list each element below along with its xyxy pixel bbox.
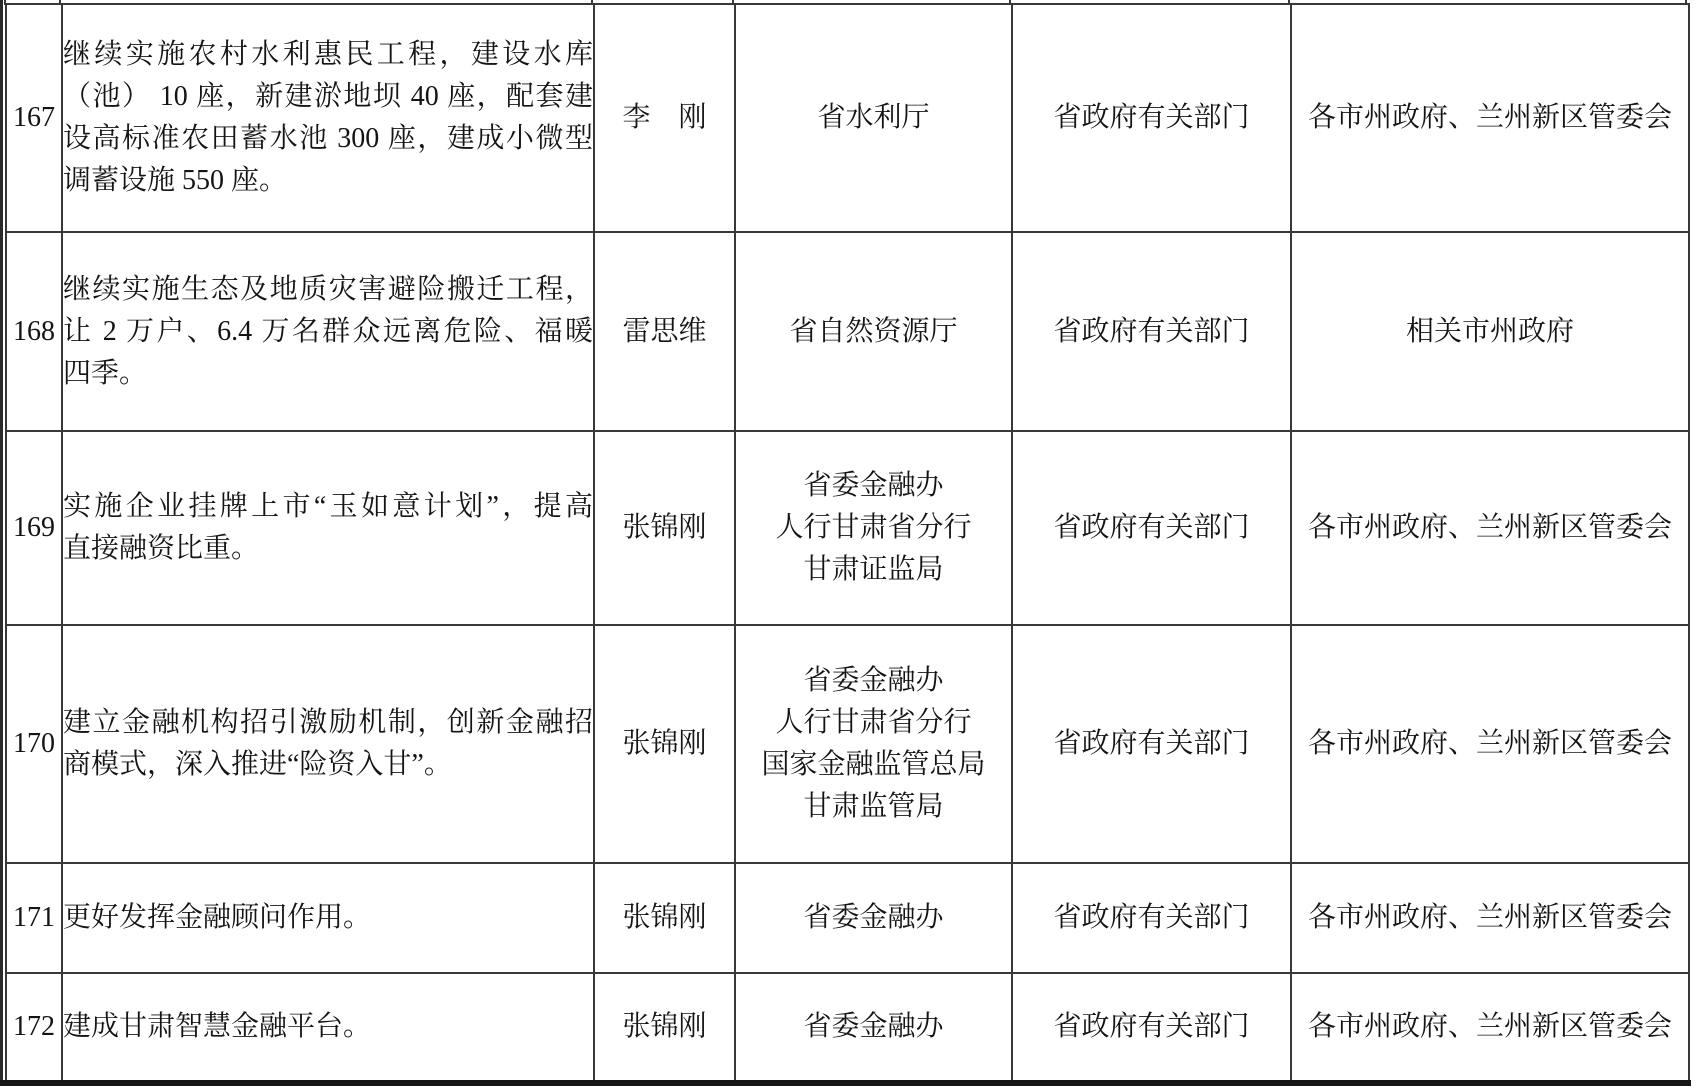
table-row: 171 更好发挥金融顾问作用。 张锦刚 省委金融办 省政府有关部门 各市州政府、…	[6, 863, 1689, 973]
task-line: 实施企业挂牌上市“玉如意计划”，提高	[63, 486, 593, 528]
lead-unit-cell: 省委金融办	[735, 973, 1012, 1081]
row-number-cell: 170	[6, 625, 62, 863]
task-line: 让 2 万户、6.4 万名群众远离危险、福暖	[63, 311, 593, 353]
unit-line: 国家金融监管总局	[736, 744, 1011, 786]
unit-line: 省自然资源厅	[736, 311, 1011, 353]
task-line: 更好发挥金融顾问作用。	[63, 897, 593, 939]
responsible-unit-cell: 省政府有关部门	[1012, 863, 1291, 973]
leader-name-cell: 张锦刚	[594, 973, 735, 1081]
task-line: 直接融资比重。	[63, 528, 593, 570]
row-number-cell: 167	[6, 4, 62, 232]
leader-name-cell: 张锦刚	[594, 863, 735, 973]
lead-unit-cell: 省委金融办人行甘肃省分行甘肃证监局	[735, 431, 1012, 625]
lead-unit-cell: 省自然资源厅	[735, 232, 1012, 431]
leader-name-cell: 雷思维	[594, 232, 735, 431]
unit-line: 省委金融办	[736, 660, 1011, 702]
task-cell: 实施企业挂牌上市“玉如意计划”，提高直接融资比重。	[62, 431, 594, 625]
lead-unit-cell: 省水利厅	[735, 4, 1012, 232]
task-line: 四季。	[63, 353, 593, 395]
table-row: 170 建立金融机构招引激励机制，创新金融招商模式，深入推进“险资入甘”。 张锦…	[6, 625, 1689, 863]
bottom-thick-border-line	[0, 1080, 1691, 1086]
cooperating-unit-cell: 各市州政府、兰州新区管委会	[1291, 863, 1689, 973]
table-row: 169 实施企业挂牌上市“玉如意计划”，提高直接融资比重。 张锦刚 省委金融办人…	[6, 431, 1689, 625]
unit-line: 省委金融办	[736, 1006, 1011, 1048]
task-line: 商模式，深入推进“险资入甘”。	[63, 744, 593, 786]
unit-line: 省委金融办	[736, 897, 1011, 939]
table-row: 167 继续实施农村水利惠民工程，建设水库（池） 10 座，新建淤地坝 40 座…	[6, 4, 1689, 232]
task-line: 调蓄设施 550 座。	[63, 160, 593, 202]
lead-unit-cell: 省委金融办	[735, 863, 1012, 973]
responsible-unit-cell: 省政府有关部门	[1012, 973, 1291, 1081]
row-number-cell: 168	[6, 232, 62, 431]
row-number-cell: 172	[6, 973, 62, 1081]
task-line: 设高标准农田蓄水池 300 座，建成小微型	[63, 118, 593, 160]
table-row: 168 继续实施生态及地质灾害避险搬迁工程，让 2 万户、6.4 万名群众远离危…	[6, 232, 1689, 431]
task-line: （池） 10 座，新建淤地坝 40 座，配套建	[63, 76, 593, 118]
leader-name-cell: 张锦刚	[594, 431, 735, 625]
task-cell: 继续实施农村水利惠民工程，建设水库（池） 10 座，新建淤地坝 40 座，配套建…	[62, 4, 594, 232]
task-cell: 更好发挥金融顾问作用。	[62, 863, 594, 973]
cooperating-unit-cell: 各市州政府、兰州新区管委会	[1291, 625, 1689, 863]
unit-line: 省水利厅	[736, 97, 1011, 139]
responsible-unit-cell: 省政府有关部门	[1012, 4, 1291, 232]
table-row: 172 建成甘肃智慧金融平台。 张锦刚 省委金融办 省政府有关部门 各市州政府、…	[6, 973, 1689, 1081]
responsible-unit-cell: 省政府有关部门	[1012, 625, 1291, 863]
task-cell: 建立金融机构招引激励机制，创新金融招商模式，深入推进“险资入甘”。	[62, 625, 594, 863]
task-table: 167 继续实施农村水利惠民工程，建设水库（池） 10 座，新建淤地坝 40 座…	[5, 3, 1690, 1082]
unit-line: 人行甘肃省分行	[736, 507, 1011, 549]
cooperating-unit-cell: 各市州政府、兰州新区管委会	[1291, 4, 1689, 232]
cooperating-unit-cell: 各市州政府、兰州新区管委会	[1291, 431, 1689, 625]
task-line: 建立金融机构招引激励机制，创新金融招	[63, 702, 593, 744]
unit-line: 甘肃监管局	[736, 786, 1011, 828]
unit-line: 省委金融办	[736, 465, 1011, 507]
leader-name-cell: 李 刚	[594, 4, 735, 232]
unit-line: 甘肃证监局	[736, 549, 1011, 591]
unit-line: 人行甘肃省分行	[736, 702, 1011, 744]
cooperating-unit-cell: 相关市州政府	[1291, 232, 1689, 431]
row-number-cell: 171	[6, 863, 62, 973]
table-body: 167 继续实施农村水利惠民工程，建设水库（池） 10 座，新建淤地坝 40 座…	[6, 4, 1689, 1081]
task-line: 建成甘肃智慧金融平台。	[63, 1006, 593, 1048]
leader-name-cell: 张锦刚	[594, 625, 735, 863]
task-line: 继续实施生态及地质灾害避险搬迁工程，	[63, 269, 593, 311]
task-cell: 继续实施生态及地质灾害避险搬迁工程，让 2 万户、6.4 万名群众远离危险、福暖…	[62, 232, 594, 431]
responsible-unit-cell: 省政府有关部门	[1012, 431, 1291, 625]
row-number-cell: 169	[6, 431, 62, 625]
lead-unit-cell: 省委金融办人行甘肃省分行国家金融监管总局甘肃监管局	[735, 625, 1012, 863]
task-line: 继续实施农村水利惠民工程，建设水库	[63, 34, 593, 76]
document-page: 167 继续实施农村水利惠民工程，建设水库（池） 10 座，新建淤地坝 40 座…	[0, 0, 1697, 1089]
responsible-unit-cell: 省政府有关部门	[1012, 232, 1291, 431]
cooperating-unit-cell: 各市州政府、兰州新区管委会	[1291, 973, 1689, 1081]
task-cell: 建成甘肃智慧金融平台。	[62, 973, 594, 1081]
left-outer-border-line	[0, 0, 3, 1084]
